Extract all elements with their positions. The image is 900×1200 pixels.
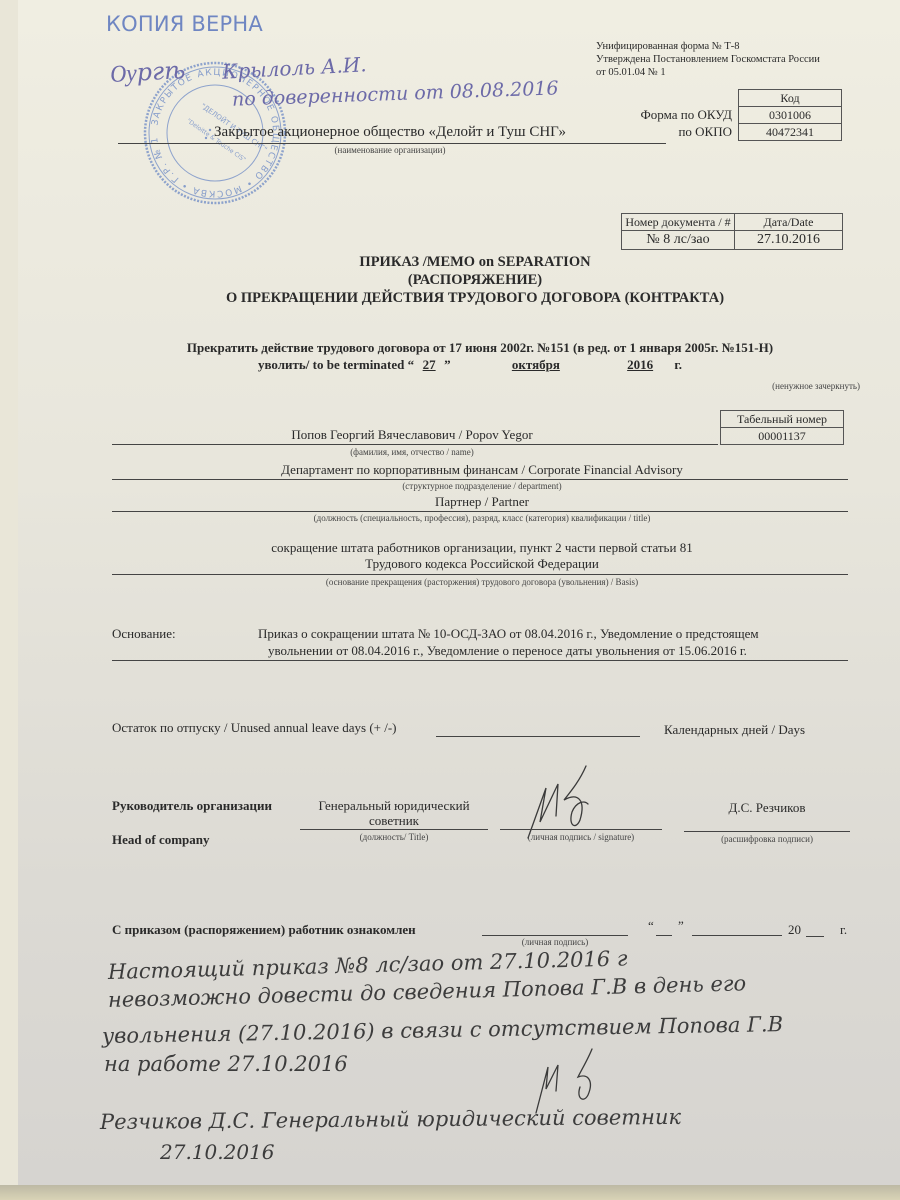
tab-number-header: Табельный номер — [721, 411, 844, 428]
document-title-line-3: О ПРЕКРАЩЕНИИ ДЕЙСТВИЯ ТРУДОВОГО ДОГОВОР… — [150, 289, 800, 307]
termination-year: 2016 — [617, 357, 663, 373]
head-name-line — [684, 831, 850, 832]
termination-prefix: уволить/ to be terminated — [258, 357, 404, 372]
doc-number-value: № 8 лс/зао — [622, 231, 735, 250]
ack-quote-open: “ — [648, 918, 654, 934]
okud-code: 0301006 — [739, 107, 842, 124]
acknowledgement-label: С приказом (распоряжением) работник озна… — [112, 922, 416, 938]
doc-date-value: 27.10.2016 — [735, 231, 843, 250]
employee-department-caption: (структурное подразделение / department) — [112, 481, 852, 491]
employee-position: Партнер / Partner — [112, 494, 852, 510]
note-signature-icon — [530, 1045, 620, 1115]
codes-header: Код — [739, 90, 842, 107]
document-number-table: Номер документа / # Дата/Date № 8 лс/зао… — [621, 213, 843, 250]
handwritten-note-line-4: на работе 27.10.2016 — [104, 1052, 348, 1076]
organization-line — [118, 143, 666, 144]
ack-day-field[interactable] — [656, 935, 672, 936]
employee-name-line — [112, 444, 718, 445]
head-title-caption: (должность/ Title) — [300, 832, 488, 842]
form-header-line-2: Утверждена Постановлением Госкомстата Ро… — [596, 53, 820, 66]
organization-caption: (наименование организации) — [120, 145, 660, 155]
certifier-signature: Ѹргѣ — [109, 56, 186, 89]
grounds-line-2: увольнении от 08.04.2016 г., Уведомление… — [268, 643, 747, 659]
grounds-line — [112, 660, 848, 661]
ack-year-prefix: 20 — [788, 922, 801, 938]
organization-name: Закрытое акционерное общество «Делойт и … — [120, 124, 660, 141]
head-label-en: Head of company — [112, 832, 210, 848]
employee-department-line — [112, 479, 848, 480]
document-title-line-2: (РАСПОРЯЖЕНИЕ) — [150, 271, 800, 289]
head-signature-caption: (личная подпись / signature) — [500, 832, 662, 842]
strike-note: (ненужное зачеркнуть) — [700, 381, 860, 391]
okpo-code: 40472341 — [739, 124, 842, 141]
employee-department: Департамент по корпоративным финансам / … — [112, 462, 852, 478]
employee-position-line — [112, 511, 848, 512]
head-name-caption: (расшифровка подписи) — [684, 834, 850, 844]
head-label-ru: Руководитель организации — [112, 798, 272, 814]
form-header-line-1: Унифицированная форма № Т-8 — [596, 40, 820, 53]
head-title-line-2: советник — [300, 813, 488, 829]
unused-leave-unit: Календарных дней / Days — [664, 722, 805, 738]
basis-line-1: сокращение штата работников организации,… — [112, 540, 852, 556]
doc-date-header: Дата/Date — [735, 214, 843, 231]
employee-name: Попов Георгий Вячеславович / Popov Yegor — [112, 427, 712, 443]
unused-leave-label: Остаток по отпуску / Unused annual leave… — [112, 720, 397, 736]
head-title-line-1: Генеральный юридический — [300, 798, 488, 814]
head-signature-icon — [520, 760, 630, 840]
ack-year-suffix: г. — [840, 922, 847, 938]
ack-year-field[interactable] — [806, 936, 824, 937]
termination-date-line: уволить/ to be terminated “27” октября 2… — [258, 357, 682, 373]
document-title-line-1: ПРИКАЗ /MEMO on SEPARATION — [150, 253, 800, 271]
basis-line — [112, 574, 848, 575]
grounds-label: Основание: — [112, 626, 176, 642]
doc-number-header: Номер документа / # — [622, 214, 735, 231]
basis-line-2: Трудового кодекса Российской Федерации — [112, 556, 852, 572]
termination-contract-line: Прекратить действие трудового договора о… — [100, 340, 860, 356]
form-header: Унифицированная форма № Т-8 Утверждена П… — [596, 40, 820, 79]
termination-month: октября — [462, 357, 610, 373]
okud-label: Форма по ОКУД — [580, 107, 732, 123]
tab-number-value: 00001137 — [721, 428, 844, 445]
tab-number-table: Табельный номер 00001137 — [720, 410, 844, 445]
table-surface — [0, 1185, 900, 1200]
termination-year-suffix: г. — [674, 357, 682, 372]
head-title-line — [300, 829, 488, 830]
handwritten-signer: Резчиков Д.С. Генеральный юридический со… — [100, 1105, 681, 1134]
form-header-line-3: от 05.01.04 № 1 — [596, 66, 820, 79]
ack-quote-close: ” — [678, 918, 684, 934]
ack-month-field[interactable] — [692, 935, 782, 936]
handwritten-date: 27.10.2016 — [160, 1140, 275, 1164]
employee-position-caption: (должность (специальность, профессия), р… — [112, 513, 852, 523]
employee-name-caption: (фамилия, имя, отчество / name) — [112, 447, 712, 457]
ack-signature-line[interactable] — [482, 935, 628, 936]
unused-leave-field[interactable] — [436, 720, 640, 737]
head-name: Д.С. Резчиков — [684, 800, 850, 816]
termination-day: 27 — [414, 357, 444, 373]
grounds-line-1: Приказ о сокращении штата № 10-ОСД-ЗАО о… — [258, 626, 759, 642]
copy-certified-stamp: КОПИЯ ВЕРНА — [106, 12, 263, 36]
ack-signature-caption: (личная подпись) — [482, 937, 628, 947]
head-signature-line — [500, 829, 662, 830]
basis-caption: (основание прекращения (расторжения) тру… — [112, 577, 852, 587]
codes-table: Код 0301006 40472341 — [738, 89, 842, 141]
